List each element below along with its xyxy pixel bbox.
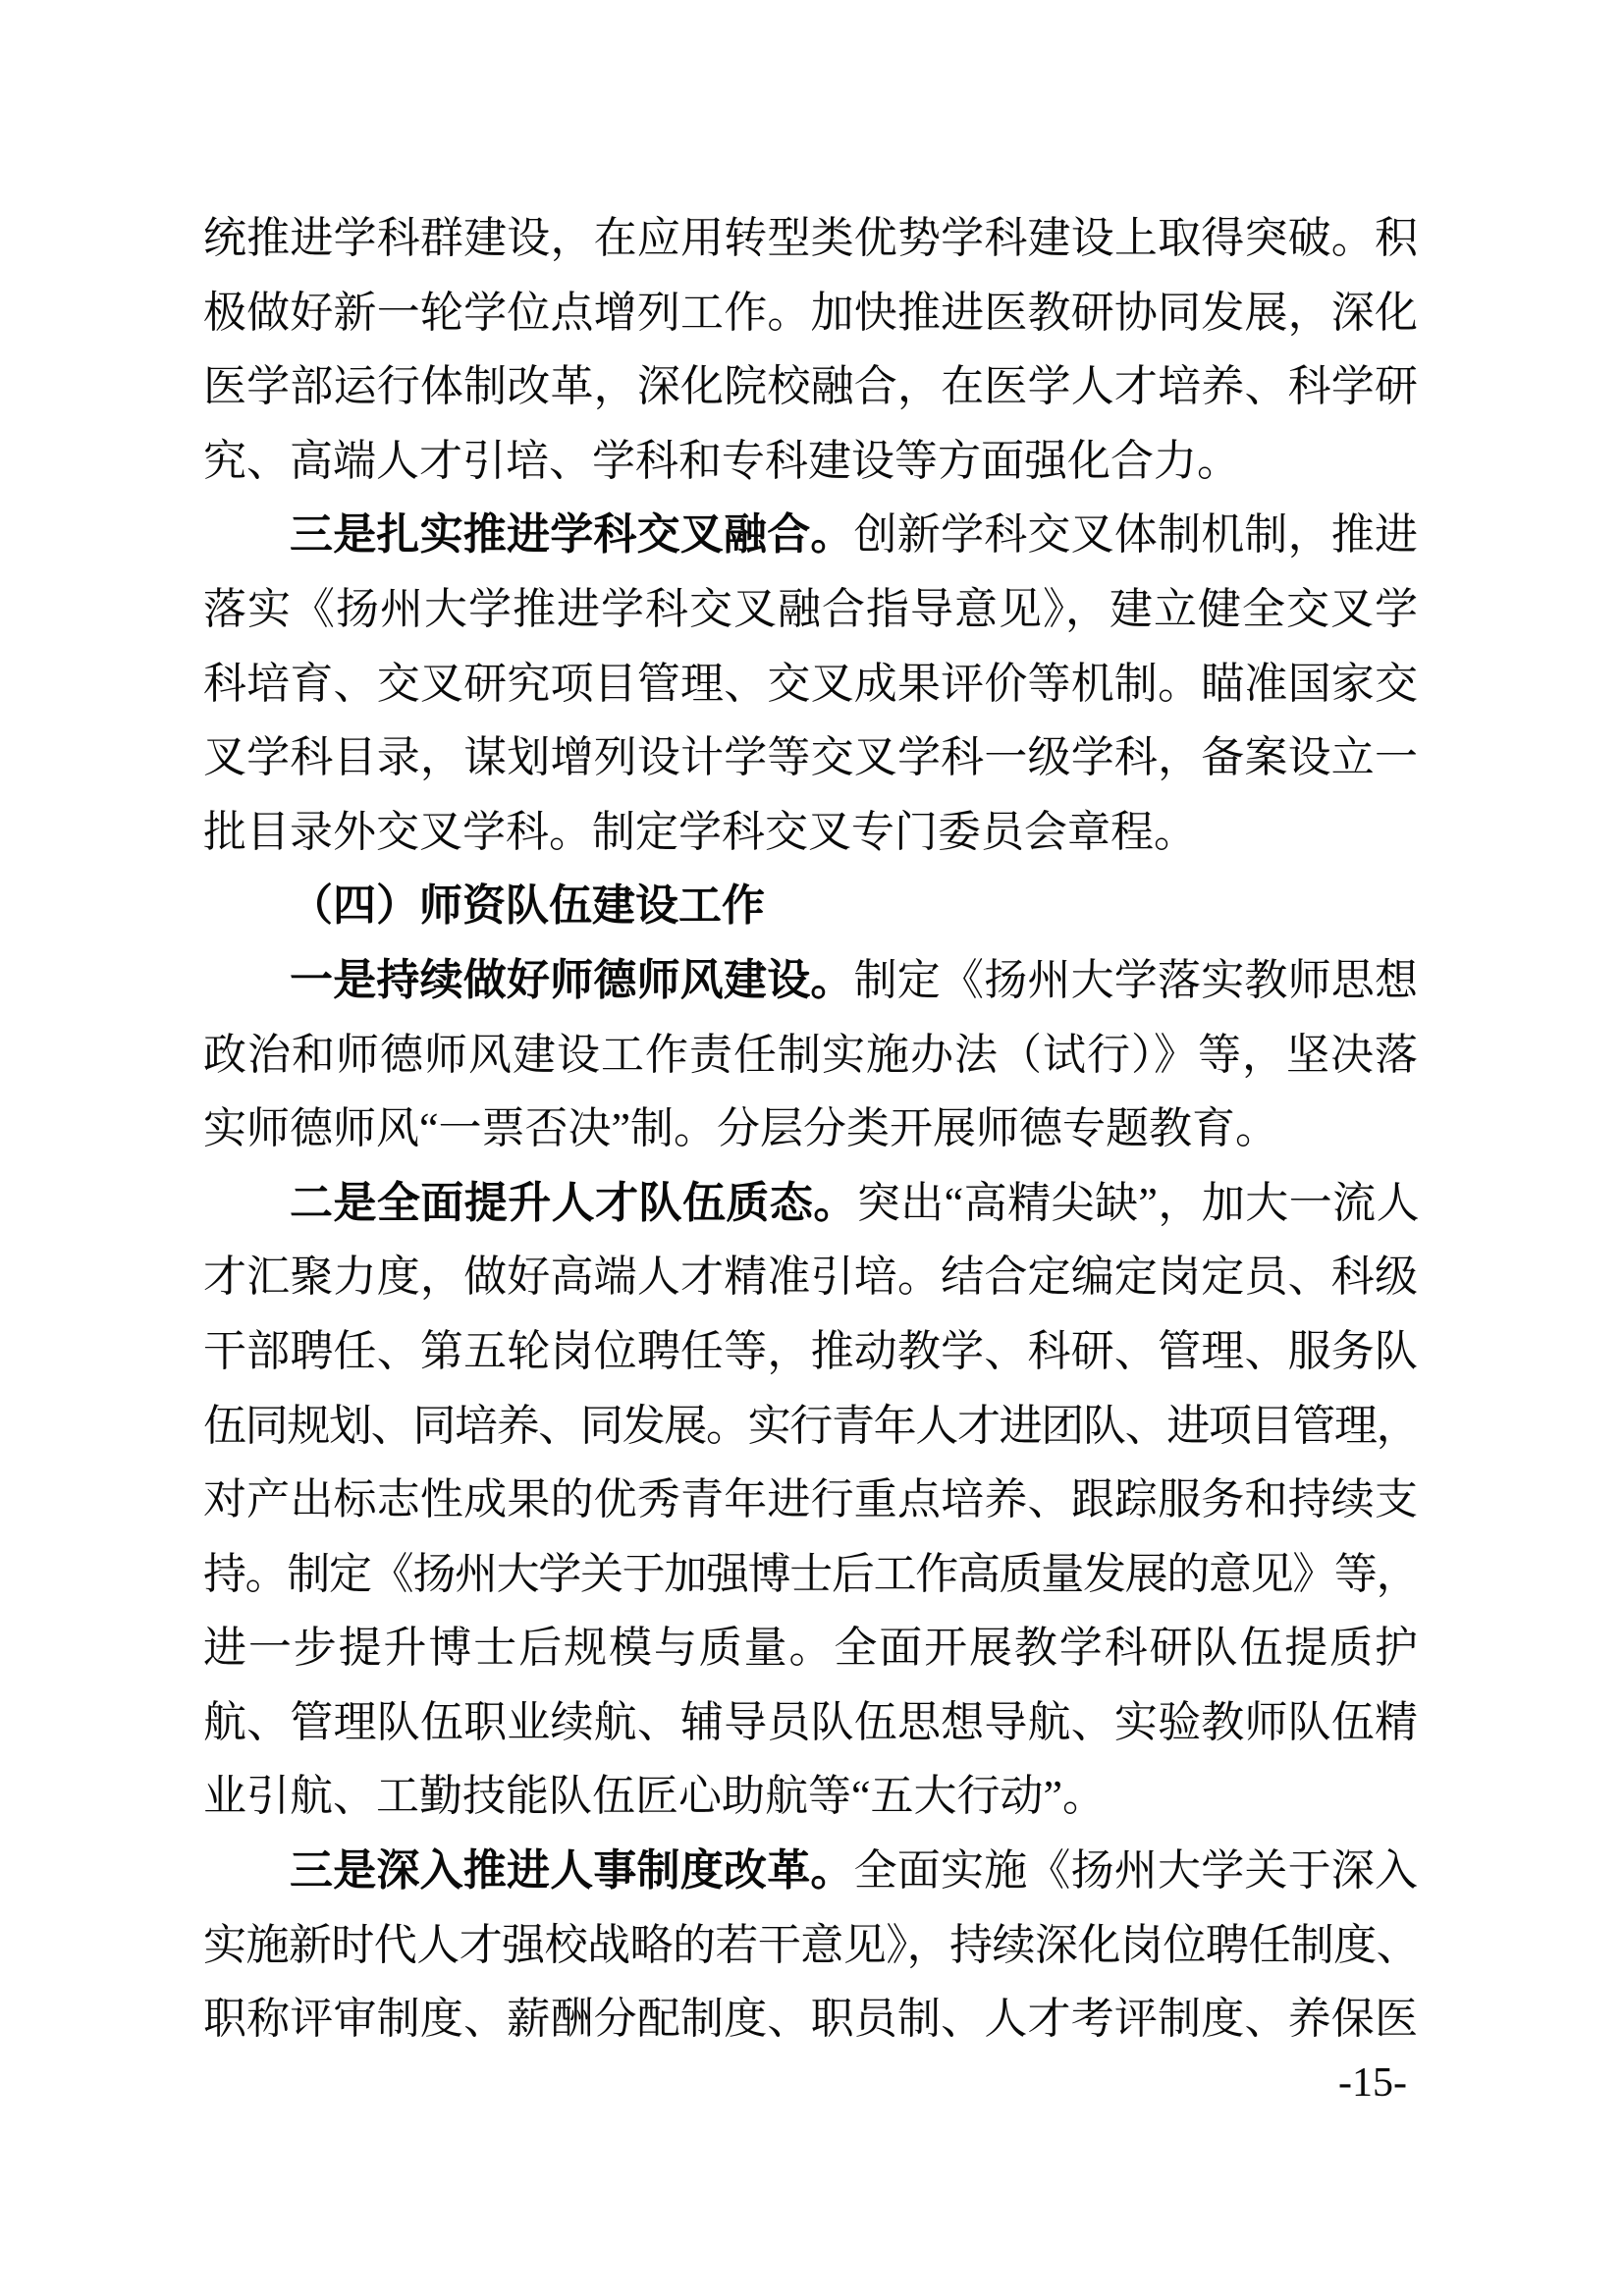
line-text: 实师德师风“一票否决”制。分层分类开展师德专题教育。 [203, 1104, 1278, 1152]
line-text: 落实《扬州大学推进学科交叉融合指导意见》，建立健全交叉学 [203, 585, 1418, 633]
text-line: 批目录外交叉学科。制定学科交叉专门委员会章程。 [203, 795, 1418, 870]
line-text: 统推进学科群建设，在应用转型类优势学科建设上取得突破。积 [203, 214, 1418, 262]
text-line: 三是扎实推进学科交叉融合。创新学科交叉体制机制，推进 [203, 498, 1418, 572]
text-line: 业引航、工勤技能队伍匠心助航等“五大行动”。 [203, 1759, 1418, 1834]
bold-lead: 二是全面提升人才队伍质态。 [290, 1179, 857, 1227]
bold-lead: 一是持续做好师德师风建设。 [290, 956, 854, 1004]
line-text: 实施新时代人才强校战略的若干意见》，持续深化岗位聘任制度、 [203, 1921, 1418, 1969]
bold-lead: 三是深入推进人事制度改革。 [290, 1846, 854, 1895]
line-text: 究、高端人才引培、学科和专科建设等方面强化合力。 [203, 437, 1240, 485]
line-text: 政治和师德师风建设工作责任制实施办法（试行）》等，坚决落 [203, 1031, 1418, 1079]
page-number: -15- [1327, 2059, 1418, 2107]
line-text: 持。制定《扬州大学关于加强博士后工作高质量发展的意见》等， [203, 1550, 1418, 1598]
line-text: 职称评审制度、薪酬分配制度、职员制、人才考评制度、养保医 [203, 1995, 1418, 2043]
line-text: 业引航、工勤技能队伍匠心助航等“五大行动”。 [203, 1772, 1106, 1820]
text-line: 统推进学科群建设，在应用转型类优势学科建设上取得突破。积 [203, 201, 1418, 276]
text-line: 科培育、交叉研究项目管理、交叉成果评价等机制。瞄准国家交 [203, 647, 1418, 721]
line-text: 突出“高精尖缺”，加大一流人 [857, 1179, 1418, 1227]
text-line: 三是深入推进人事制度改革。全面实施《扬州大学关于深入 [203, 1834, 1418, 1908]
text-line: 才汇聚力度，做好高端人才精准引培。结合定编定岗定员、科级 [203, 1240, 1418, 1314]
text-line: 极做好新一轮学位点增列工作。加快推进医教研协同发展，深化 [203, 276, 1418, 350]
line-text: 伍同规划、同培养、同发展。实行青年人才进团队、进项目管理， [203, 1402, 1418, 1450]
line-text: 进一步提升博士后规模与质量。全面开展教学科研队伍提质护 [203, 1624, 1418, 1672]
text-line: 对产出标志性成果的优秀青年进行重点培养、跟踪服务和持续支 [203, 1463, 1418, 1537]
text-line: 航、管理队伍职业续航、辅导员队伍思想导航、实验教师队伍精 [203, 1685, 1418, 1760]
text-line: 持。制定《扬州大学关于加强博士后工作高质量发展的意见》等， [203, 1537, 1418, 1612]
line-text: 叉学科目录，谋划增列设计学等交叉学科一级学科，备案设立一 [203, 733, 1418, 781]
line-text: 制定《扬州大学落实教师思想 [854, 956, 1418, 1004]
line-text: 航、管理队伍职业续航、辅导员队伍思想导航、实验教师队伍精 [203, 1698, 1418, 1746]
line-text: 才汇聚力度，做好高端人才精准引培。结合定编定岗定员、科级 [203, 1253, 1418, 1301]
line-text: 创新学科交叉体制机制，推进 [854, 510, 1418, 559]
line-text: 医学部运行体制改革，深化院校融合，在医学人才培养、科学研 [203, 362, 1418, 410]
text-line: 落实《扬州大学推进学科交叉融合指导意见》，建立健全交叉学 [203, 572, 1418, 647]
text-line: 究、高端人才引培、学科和专科建设等方面强化合力。 [203, 424, 1418, 499]
line-text: 科培育、交叉研究项目管理、交叉成果评价等机制。瞄准国家交 [203, 660, 1418, 708]
line-text: 批目录外交叉学科。制定学科交叉专门委员会章程。 [203, 808, 1197, 856]
text-line: 干部聘任、第五轮岗位聘任等，推动教学、科研、管理、服务队 [203, 1314, 1418, 1389]
bold-lead: （四）师资队伍建设工作 [290, 881, 765, 930]
text-line: 医学部运行体制改革，深化院校融合，在医学人才培养、科学研 [203, 349, 1418, 424]
section-heading: （四）师资队伍建设工作 [203, 869, 1418, 943]
line-text: 全面实施《扬州大学关于深入 [854, 1846, 1418, 1895]
text-line: 实师德师风“一票否决”制。分层分类开展师德专题教育。 [203, 1092, 1418, 1166]
document-page: 统推进学科群建设，在应用转型类优势学科建设上取得突破。积 极做好新一轮学位点增列… [0, 0, 1624, 2296]
text-line: 叉学科目录，谋划增列设计学等交叉学科一级学科，备案设立一 [203, 721, 1418, 795]
text-column: 统推进学科群建设，在应用转型类优势学科建设上取得突破。积 极做好新一轮学位点增列… [203, 201, 1418, 2056]
bold-lead: 三是扎实推进学科交叉融合。 [290, 510, 854, 559]
text-line: 职称评审制度、薪酬分配制度、职员制、人才考评制度、养保医 [203, 1982, 1418, 2056]
line-text: 对产出标志性成果的优秀青年进行重点培养、跟踪服务和持续支 [203, 1475, 1418, 1523]
text-line: 进一步提升博士后规模与质量。全面开展教学科研队伍提质护 [203, 1611, 1418, 1685]
text-line: 政治和师德师风建设工作责任制实施办法（试行）》等，坚决落 [203, 1018, 1418, 1093]
text-line: 一是持续做好师德师风建设。制定《扬州大学落实教师思想 [203, 943, 1418, 1018]
text-line: 二是全面提升人才队伍质态。突出“高精尖缺”，加大一流人 [203, 1166, 1418, 1241]
text-line: 实施新时代人才强校战略的若干意见》，持续深化岗位聘任制度、 [203, 1908, 1418, 1983]
text-line: 伍同规划、同培养、同发展。实行青年人才进团队、进项目管理， [203, 1389, 1418, 1464]
line-text: 极做好新一轮学位点增列工作。加快推进医教研协同发展，深化 [203, 289, 1418, 337]
line-text: 干部聘任、第五轮岗位聘任等，推动教学、科研、管理、服务队 [203, 1327, 1418, 1375]
